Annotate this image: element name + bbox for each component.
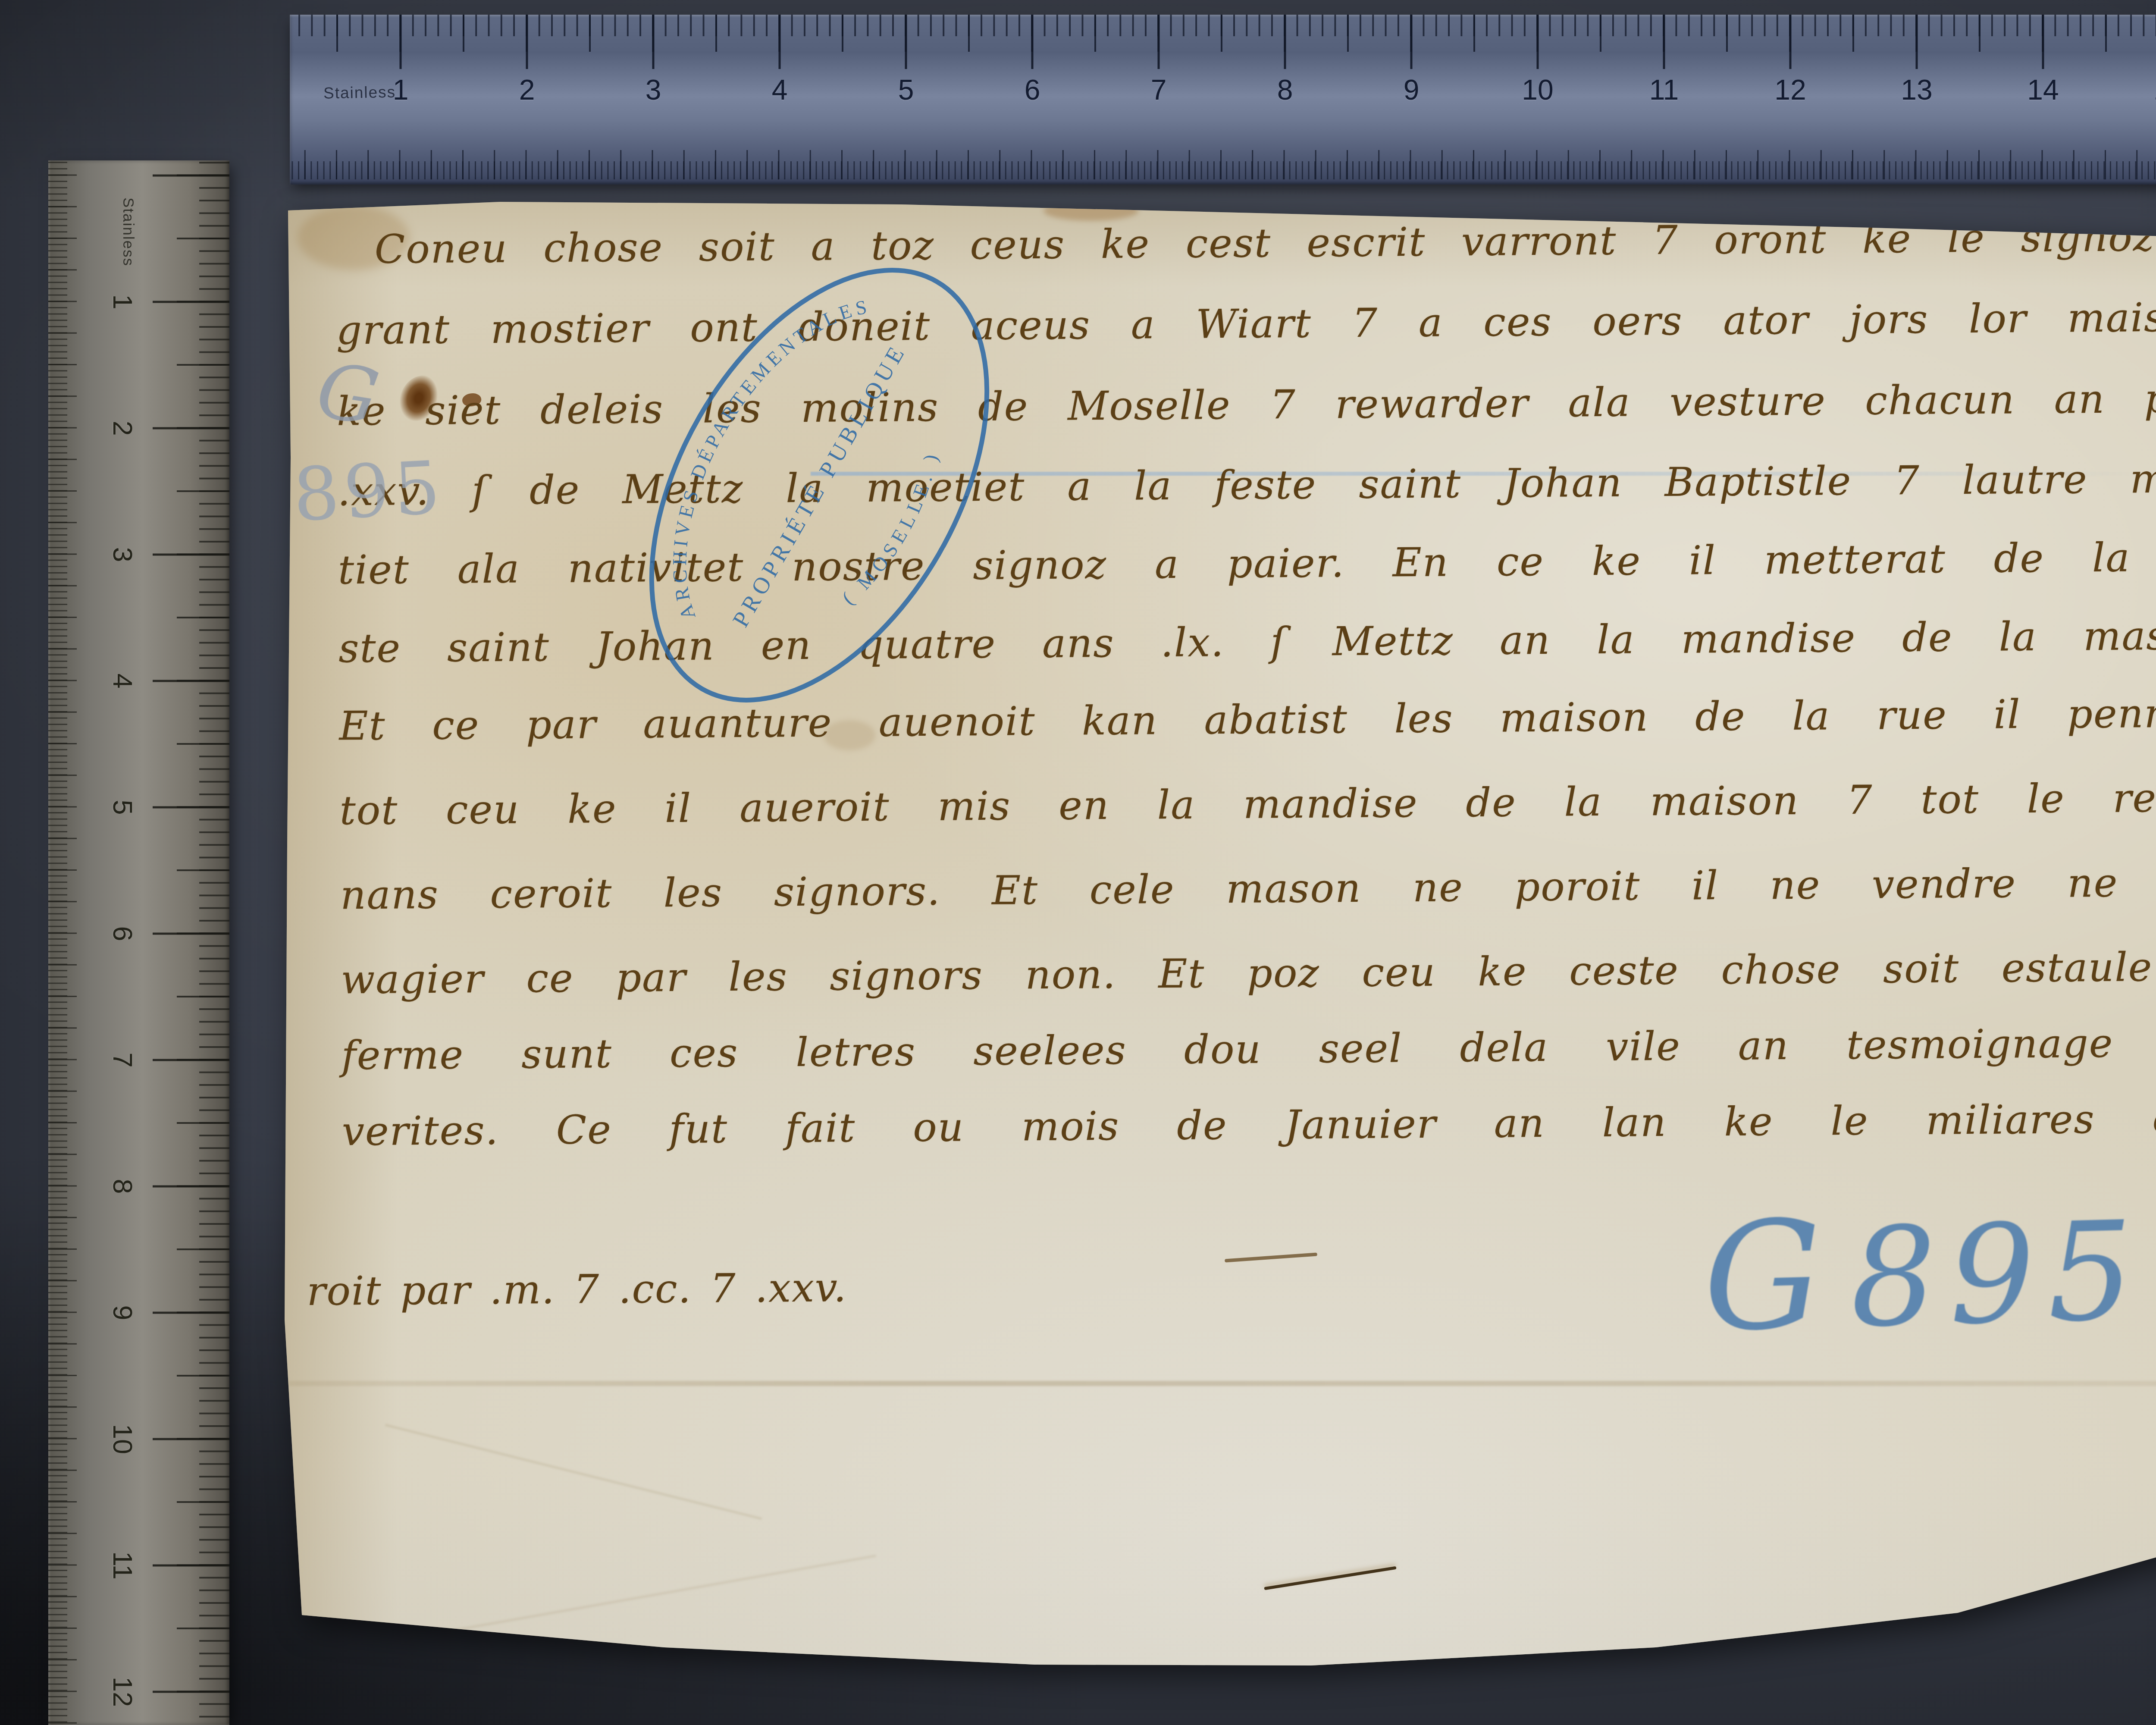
vertical-ruler: Stainless 123456789101112	[48, 160, 229, 1725]
crayon-shelfmark-letter: G	[1701, 1189, 1824, 1364]
horizontal-ruler-number: 13	[1901, 73, 1932, 106]
parchment-skin: Coneu chose soit a toz ceus ke cest escr…	[276, 198, 2156, 1682]
manuscript-text: Coneu chose soit a toz ceus ke cest escr…	[271, 191, 2156, 1689]
vertical-ruler-halfmm-ticks	[48, 160, 77, 1725]
vertical-ruler-number: 10	[107, 1424, 138, 1454]
crayon-shelfmark: G895	[1701, 1180, 2148, 1365]
horizontal-ruler-number: 3	[646, 73, 661, 106]
horizontal-ruler-number: 7	[1151, 73, 1167, 106]
horizontal-ruler-number: 4	[772, 73, 788, 106]
horizontal-ruler-number: 15	[2153, 73, 2156, 106]
vertical-ruler-number: 4	[107, 673, 138, 688]
vertical-ruler-number: 2	[107, 420, 138, 436]
photo-scene: Stainless 123456789101112131415161718 St…	[0, 0, 2156, 1725]
parchment-document: Coneu chose soit a toz ceus ke cest escr…	[276, 198, 2156, 1682]
horizontal-ruler-number: 2	[519, 73, 535, 106]
horizontal-ruler-brand-label: Stainless	[323, 83, 396, 103]
vertical-ruler-number: 7	[107, 1052, 138, 1067]
horizontal-ruler-halfmm-ticks	[290, 150, 2156, 179]
horizontal-ruler-number: 5	[898, 73, 914, 106]
horizontal-ruler-number: 12	[1774, 73, 1806, 106]
horizontal-ruler-cm-ticks	[290, 15, 2156, 69]
vertical-ruler-brand-label: Stainless	[119, 198, 137, 267]
manuscript-line: tot ceu ke il aueroit mis en la mandise …	[339, 775, 2156, 834]
horizontal-ruler-number: 10	[1522, 73, 1553, 106]
vertical-ruler-number: 8	[107, 1179, 138, 1194]
horizontal-ruler-number: 1	[393, 73, 409, 106]
horizontal-ruler-number: 9	[1404, 73, 1420, 106]
vertical-ruler-number: 1	[107, 294, 138, 309]
horizontal-ruler-number: 11	[1649, 73, 1679, 106]
horizontal-ruler-number: 8	[1277, 73, 1293, 106]
horizontal-ruler: Stainless 123456789101112131415161718	[290, 15, 2156, 185]
manuscript-line: roit par .m. 7 .cc. 7 .xxv.	[307, 1264, 847, 1314]
vertical-ruler-number: 6	[107, 926, 138, 941]
manuscript-line: nans ceroit les signors. Et cele mason n…	[340, 859, 2156, 918]
vertical-ruler-number: 11	[107, 1551, 138, 1579]
crayon-shelfmark-number: 895	[1848, 1192, 2148, 1358]
manuscript-line: wagier ce par les signors non. Et poz ce…	[341, 944, 2156, 1003]
horizontal-ruler-number: 14	[2027, 73, 2059, 106]
vertical-ruler-cm-ticks	[147, 160, 229, 1725]
vertical-ruler-number: 5	[107, 800, 138, 815]
manuscript-line: verites. Ce fut fait ou mois de Januier …	[342, 1095, 2156, 1154]
vertical-ruler-number: 3	[107, 547, 138, 562]
archive-oval-stamp: ARCHIVES DÉPARTEMENTALES PROPRIÉTÉ PUBLI…	[561, 226, 1078, 744]
vertical-ruler-number: 9	[107, 1305, 138, 1320]
manuscript-line: ferme sunt ces letres seelees dou seel d…	[341, 1019, 2156, 1079]
horizontal-ruler-number: 6	[1025, 73, 1040, 106]
vertical-ruler-number: 12	[107, 1677, 138, 1707]
stamp-arc-bottom-text: ( MOSELLE. )	[834, 442, 956, 617]
margin-shelfmark-number: 895	[291, 445, 446, 538]
